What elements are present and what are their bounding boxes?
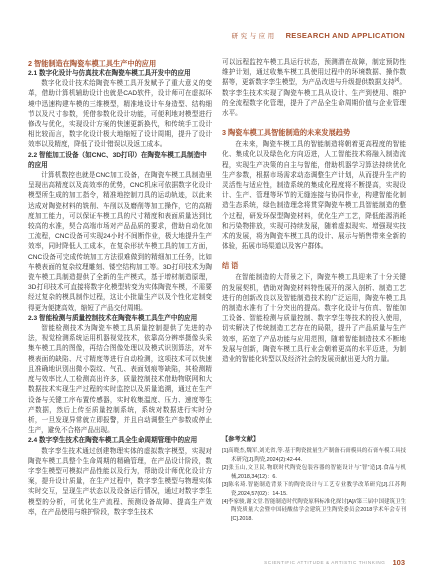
page-header: 研究与应用 RESEARCH AND APPLICATION: [232, 31, 405, 40]
reference-item: [4]李家骏,谢文堂.智能制造时代陶瓷原料标准化探讨[A]//第三届中国建筑卫生…: [222, 498, 406, 523]
reference-item: [1]高晓杰,魏军,刘光省,等.基于陶瓷批量生产制备石膏模具的石膏车模工具技术研…: [222, 447, 406, 464]
references-section: 【参考文献】 [1]高晓杰,魏军,刘光省,等.基于陶瓷批量生产制备石膏模具的石膏…: [222, 435, 406, 523]
page-number: 103: [392, 558, 405, 567]
column-name-chinese: 研究与应用: [232, 31, 277, 40]
continued-text-pre: 可以远程监控车模工具运行状态，预测潜在故障，制定预防性维护计划，通过收集车模工具…: [222, 59, 406, 86]
references-title: 【参考文献】: [222, 435, 406, 445]
section-2-3-title: 2.3 智能检测与质量控制技术在陶瓷车模工具生产中的应用: [28, 314, 212, 324]
journal-motto: SCIENTIFIC ATTITUDE & ARTISTIC THINKING: [264, 560, 385, 565]
section-3-title: 3 陶瓷车模工具智能制造的未来发展趋势: [222, 127, 406, 138]
reference-item: [2]张玉山,文卫民.物联时代陶瓷包装容器的智能设计与“智”造[J].食品与机械…: [222, 464, 406, 481]
page-footer: SCIENTIFIC ATTITUDE & ARTISTIC THINKING …: [264, 558, 405, 567]
section-2-title: 2 智能制造在陶瓷车模工具生产中的应用: [28, 58, 212, 69]
conclusion-title: 结 语: [222, 260, 406, 271]
section-2-2-title: 2.2 智能加工设备（如CNC、3D打印）在陶瓷车模工具制造中的应用: [28, 151, 212, 171]
section-2-1-title: 2.1 数字化设计与仿真技术在陶瓷车模工具开发中的应用: [28, 69, 212, 79]
section-3-paragraph: 在未来，陶瓷车模工具的智能制造将朝着更高程度的智能化、集成化以及绿色化方向迈进，…: [222, 140, 406, 252]
column-name-english: RESEARCH AND APPLICATION: [286, 31, 405, 40]
section-2-1-paragraph: 数字化设计技术给陶瓷车模工具开发赋予了重大意义的变革，借助计算机辅助设计也就是C…: [28, 79, 212, 150]
journal-page: 研究与应用 RESEARCH AND APPLICATION 2 智能制造在陶瓷…: [0, 0, 427, 583]
section-2-4-paragraph-left: 数字孪生技术通过创建物理实体的虚拟数字模型，实现对陶瓷车模工具整个生命周期的精确…: [28, 447, 212, 518]
left-column: 2 智能制造在陶瓷车模工具生产中的应用 2.1 数字化设计与仿真技术在陶瓷车模工…: [28, 58, 212, 550]
section-2-4-title: 2.4 数字孪生技术在陶瓷车模工具全生命周期管理中的应用: [28, 436, 212, 446]
section-2-3-paragraph: 智能检测技术为陶瓷车模工具质量控制提供了先进的办法，视觉检测系统运用机器视觉技术…: [28, 324, 212, 436]
right-column: 可以远程监控车模工具运行状态，预测潜在故障，制定预防性维护计划，通过收集车模工具…: [222, 58, 406, 550]
section-2-4-paragraph-continued: 可以远程监控车模工具运行状态，预测潜在故障，制定预防性维护计划，通过收集车模工具…: [222, 58, 406, 119]
reference-item: [3]陈名琦.智能制造背景下的陶瓷设计与工艺专业教学改革研究[J].江苏陶瓷,2…: [222, 481, 406, 498]
article-body: 2 智能制造在陶瓷车模工具生产中的应用 2.1 数字化设计与仿真技术在陶瓷车模工…: [28, 58, 406, 550]
conclusion-paragraph: 在智能制造的大背景之下，陶瓷车模工具迎来了十分关键的发展契机，借助对陶瓷材料特性…: [222, 273, 406, 365]
section-2-2-paragraph: 计算机数控也就是CNC加工设备，在陶瓷车模工具制造里呈现出高精度以及高效率的优势…: [28, 171, 212, 314]
